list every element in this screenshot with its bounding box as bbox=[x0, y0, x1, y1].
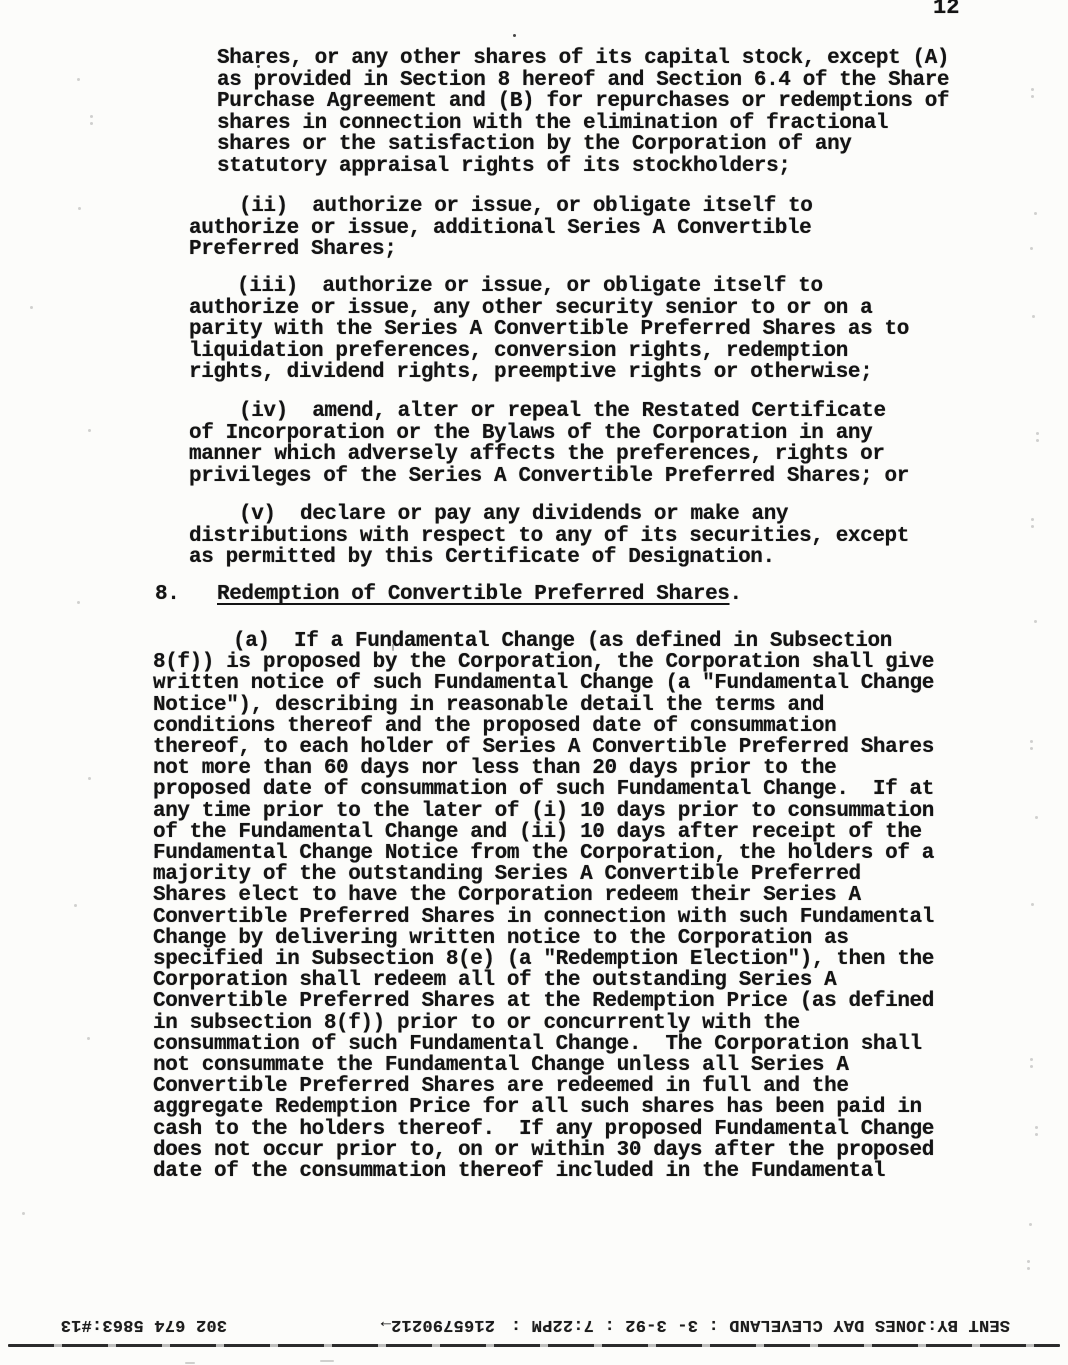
scan-artifact bbox=[257, 65, 260, 68]
fax-header-banner-upside-down: SENT BY:JONES DAY CLEVELAND : 3- 3-92 : … bbox=[0, 1311, 1068, 1335]
scan-artifact bbox=[1030, 740, 1033, 743]
section-8-number: 8. bbox=[155, 584, 217, 606]
scan-artifact bbox=[1031, 518, 1034, 521]
scan-artifact bbox=[90, 115, 93, 118]
fax-banner-separator-line bbox=[8, 1344, 1060, 1347]
scan-artifact bbox=[1031, 88, 1034, 91]
paragraph-continuation-item-i: Shares, or any other shares of its capit… bbox=[217, 48, 1057, 178]
page-number: 12 bbox=[933, 0, 959, 20]
scan-artifact bbox=[1035, 816, 1038, 819]
paragraph-item-ii: (ii) authorize or issue, or obligate its… bbox=[189, 196, 1029, 261]
scan-artifact bbox=[78, 207, 81, 210]
scan-artifact bbox=[88, 429, 91, 432]
scan-artifact bbox=[1030, 1058, 1033, 1061]
paragraph-8a: (a) If a Fundamental Change (as defined … bbox=[153, 631, 993, 1182]
scan-artifact bbox=[1034, 212, 1037, 215]
paragraph-item-iii: (iii) authorize or issue, or obligate it… bbox=[189, 276, 1029, 384]
scanned-document-page: 12 Shares, or any other shares of its ca… bbox=[0, 0, 1068, 1365]
section-8-heading: 8.Redemption of Convertible Preferred Sh… bbox=[155, 584, 742, 606]
fax-recipient-number: 302 674 5863:#13 bbox=[61, 1315, 227, 1334]
fax-sender-number: 2165790212→ bbox=[381, 1315, 495, 1334]
scan-artifact bbox=[185, 1362, 195, 1364]
section-8-title: Redemption of Convertible Preferred Shar… bbox=[217, 583, 730, 606]
paragraph-item-iv: (iv) amend, alter or repeal the Restated… bbox=[189, 401, 1029, 487]
scan-artifact bbox=[1036, 432, 1039, 435]
scan-artifact bbox=[88, 777, 91, 780]
scan-artifact bbox=[22, 1212, 25, 1215]
fax-sent-by-label: SENT BY:JONES DAY CLEVELAND : 3- 3-92 : … bbox=[511, 1315, 1010, 1334]
section-8-title-period: . bbox=[730, 583, 742, 606]
scan-artifact bbox=[1035, 1126, 1038, 1129]
scan-artifact bbox=[392, 644, 394, 651]
scan-artifact bbox=[30, 306, 33, 309]
scan-artifact bbox=[513, 34, 516, 37]
scan-artifact bbox=[1027, 1260, 1030, 1263]
scan-artifact bbox=[1031, 903, 1034, 906]
scan-artifact bbox=[77, 601, 80, 604]
scan-artifact bbox=[1030, 247, 1033, 250]
scan-artifact bbox=[1034, 620, 1037, 623]
scan-artifact bbox=[1029, 1223, 1032, 1226]
scan-artifact bbox=[87, 1037, 90, 1040]
paragraph-item-v: (v) declare or pay any dividends or make… bbox=[189, 504, 1029, 569]
scan-artifact bbox=[1032, 315, 1035, 318]
scan-artifact bbox=[77, 78, 80, 81]
scan-artifact bbox=[74, 904, 77, 907]
scan-artifact bbox=[320, 1360, 334, 1362]
